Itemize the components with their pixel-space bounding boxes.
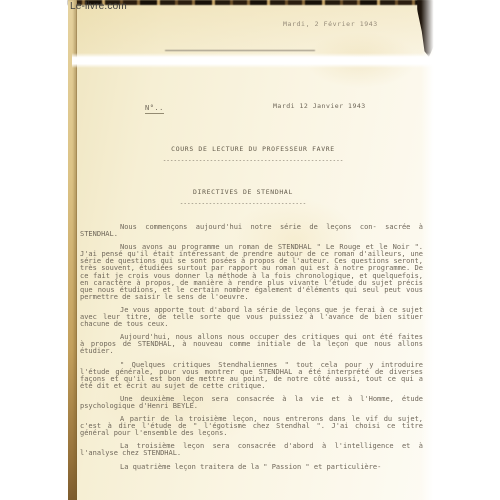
typed-body-text: Nous commençons aujourd'hui notre série … bbox=[80, 224, 423, 477]
subtitle-underline: ----------------------------------- bbox=[168, 200, 318, 207]
struck-out-line: -—--—-—---—--—-—--—---—--—-—--—-- bbox=[165, 46, 315, 54]
title-block: COURS DE LECTURE DU PROFESSEUR FAVRE ---… bbox=[145, 145, 361, 164]
paragraph: Je vous apporte tout d'abord la série de… bbox=[80, 307, 423, 328]
photo-right-fade bbox=[421, 0, 436, 500]
subtitle-block: DIRECTIVES DE STENDHAL -----------------… bbox=[168, 188, 318, 207]
paragraph: Nous commençons aujourd'hui notre série … bbox=[80, 224, 423, 238]
document-number: N°.. bbox=[145, 104, 164, 114]
paragraph: Nous avons au programme un roman de STEN… bbox=[80, 244, 423, 301]
page-left-edge bbox=[68, 0, 77, 500]
paragraph: A partir de la troisième leçon, nous ent… bbox=[80, 416, 423, 437]
watermark-label: Le-livre.com bbox=[70, 1, 127, 12]
paragraph: " Quelques critiques Stendhaliennes " to… bbox=[80, 362, 423, 390]
paragraph: La quatrième leçon traitera de la " Pass… bbox=[80, 464, 423, 471]
top-sheet-date: Mardi, 2 Février 1943 bbox=[283, 20, 378, 28]
paragraph: Aujourd'hui, nous allons nous occuper de… bbox=[80, 334, 423, 355]
title-underline: ----------------------------------------… bbox=[145, 157, 361, 164]
page-subtitle: DIRECTIVES DE STENDHAL bbox=[168, 188, 318, 196]
page-date: Mardi 12 Janvier 1943 bbox=[273, 102, 366, 110]
document-photo: Mardi, 2 Février 1943 -—--—-—---—--—-—--… bbox=[68, 0, 434, 500]
sheet-gap-highlight bbox=[72, 53, 434, 68]
page-title: COURS DE LECTURE DU PROFESSEUR FAVRE bbox=[145, 145, 361, 153]
paragraph: Une deuxième leçon sera consacrée à la v… bbox=[80, 396, 423, 410]
paragraph: La troisième leçon sera consacrée d'abor… bbox=[80, 443, 423, 457]
